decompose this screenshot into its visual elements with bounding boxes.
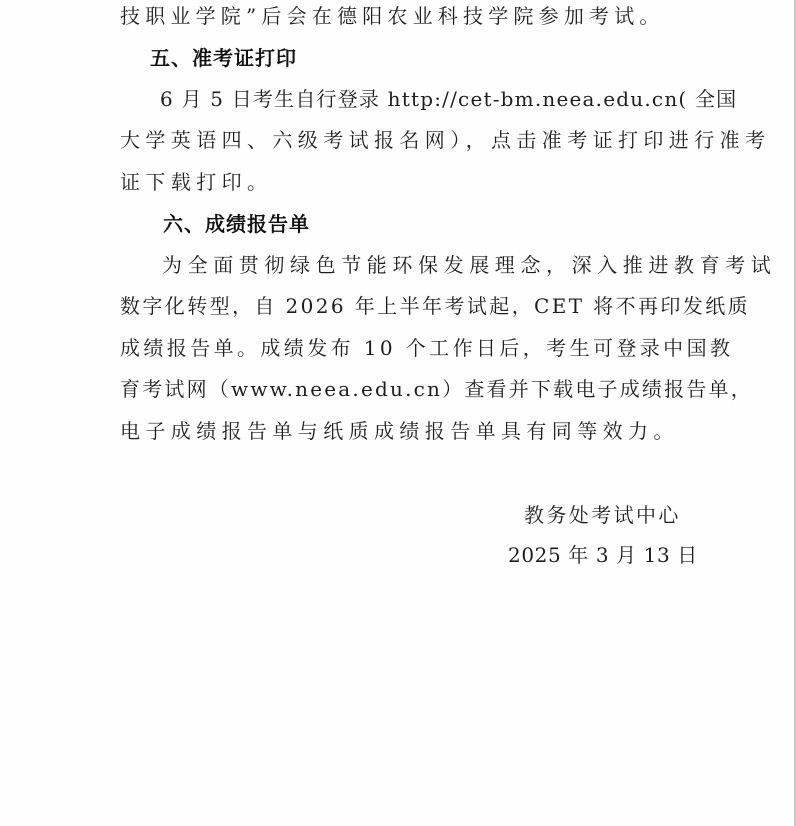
paragraph-line: 成绩报告单。成绩发布 10 个工作日后，考生可登录中国教: [120, 334, 672, 362]
paragraph-line: 为全面贯彻绿色节能环保发展理念，深入推进教育考试: [162, 251, 672, 279]
paragraph-line: 数字化转型，自 2026 年上半年考试起，CET 将不再印发纸质: [120, 292, 672, 320]
section-heading-admission-ticket: 五、准考证打印: [150, 44, 297, 72]
paragraph-line: 6 月 5 日考生自行登录 http://cet-bm.neea.edu.cn(…: [160, 85, 672, 113]
paragraph-line: 大学英语四、六级考试报名网），点击准考证打印进行准考: [120, 126, 672, 154]
signature-org: 教务处考试中心: [524, 501, 681, 529]
signature-date: 2025 年 3 月 13 日: [508, 541, 698, 569]
paragraph-line: 电子成绩报告单与纸质成绩报告单具有同等效力。: [120, 417, 672, 445]
paragraph-line: 技职业学院”后会在德阳农业科技学院参加考试。: [120, 2, 672, 30]
section-heading-score-report: 六、成绩报告单: [163, 210, 310, 238]
document-page: 技职业学院”后会在德阳农业科技学院参加考试。 五、准考证打印 6 月 5 日考生…: [0, 0, 794, 826]
paragraph-line: 育考试网（www.neea.edu.cn）查看并下载电子成绩报告单，: [120, 375, 672, 403]
paragraph-line: 证下载打印。: [120, 168, 672, 196]
